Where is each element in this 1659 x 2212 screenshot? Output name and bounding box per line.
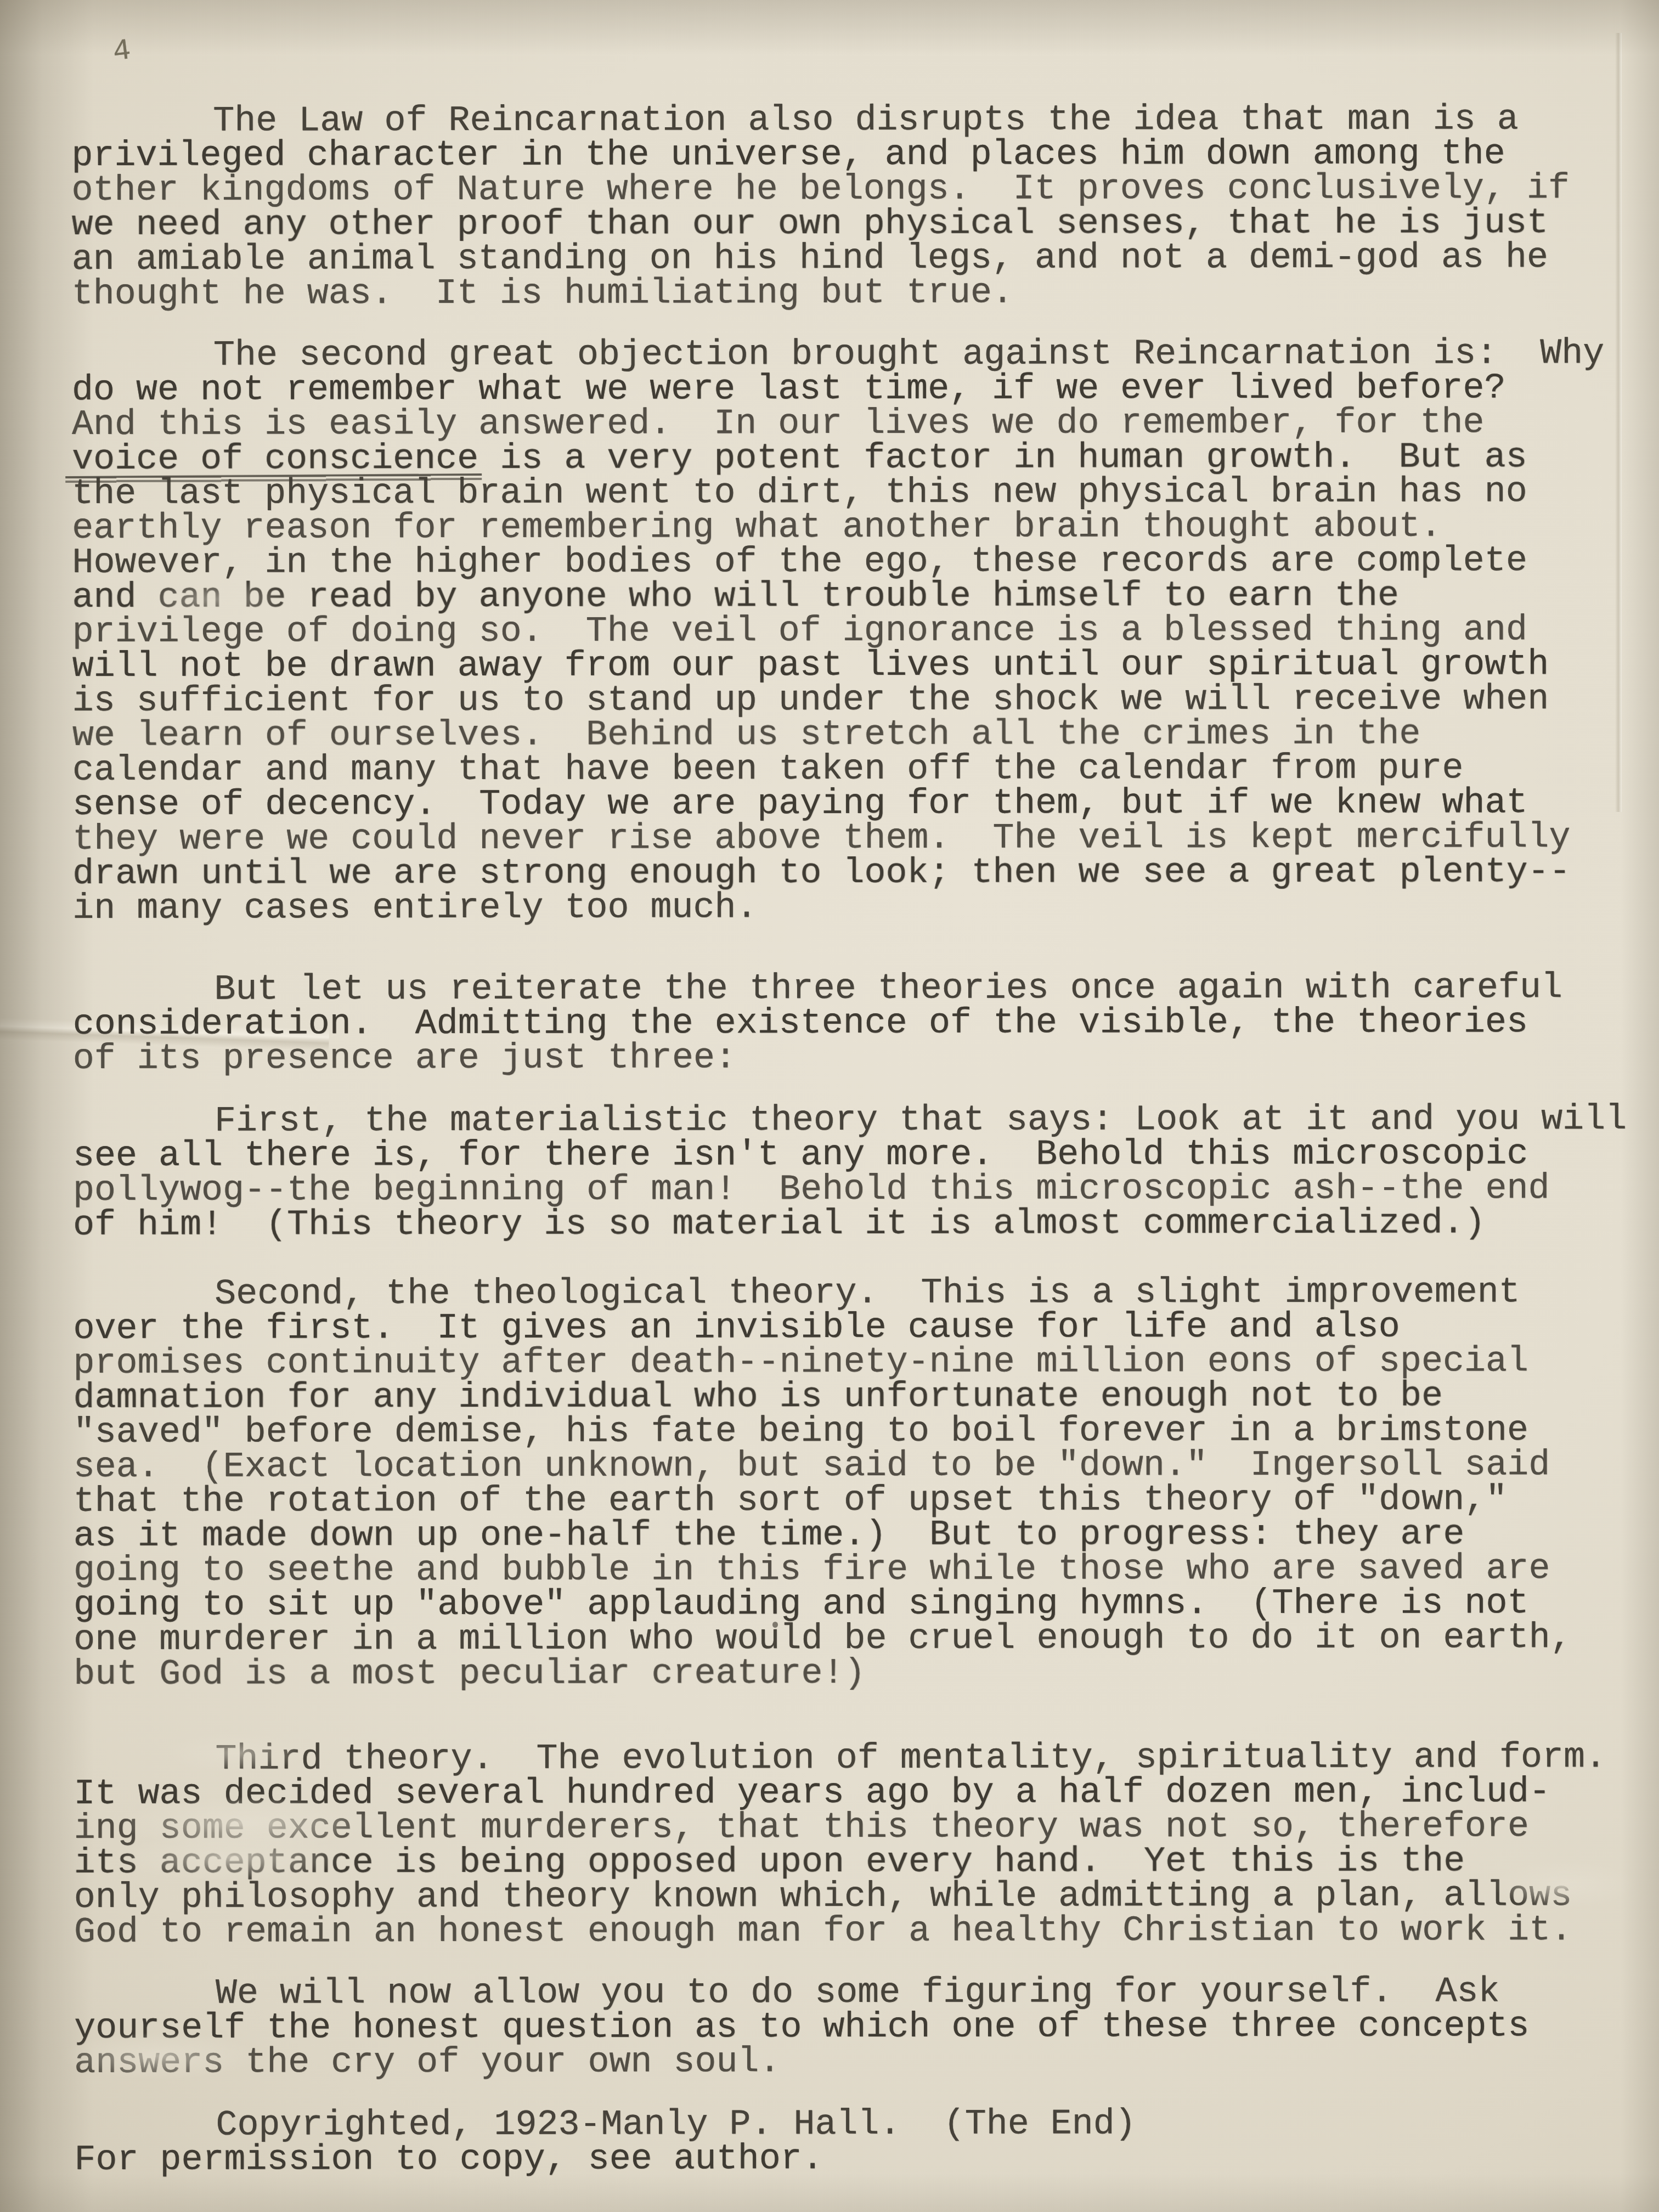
text-line: But let us reiterate the three theories … [72, 970, 1562, 1007]
text-line: but God is a most peculiar creature!) [74, 1655, 1572, 1692]
text-line: God to remain an honest enough man for a… [74, 1913, 1607, 1950]
text-line: We will now allow you to do some figurin… [74, 1974, 1530, 2011]
paragraph-3: But let us reiterate the three theories … [72, 970, 1562, 1076]
text-line: an amiable animal standing on his hind l… [72, 240, 1570, 277]
text-line: of him! (This theory is so material it i… [73, 1206, 1627, 1243]
text-line: in many cases entirely too much. [72, 889, 1605, 926]
text-line: consideration. Admitting the existence o… [73, 1005, 1562, 1042]
text-line: calendar and many that have been taken o… [72, 751, 1605, 788]
text-line: First, the materialistic theory that say… [73, 1102, 1627, 1139]
text-line: going to seethe and bubble in this fire … [74, 1551, 1572, 1588]
text-line: of its presence are just three: [73, 1040, 1562, 1076]
stray-ink-speck [772, 1622, 778, 1628]
paragraphs-container: The Law of Reincarnation also disrupts t… [71, 0, 1659, 1]
paragraph-4: First, the materialistic theory that say… [73, 1102, 1627, 1243]
text-line: Second, the theological theory. This is … [73, 1275, 1571, 1312]
paragraph-1: The Law of Reincarnation also disrupts t… [71, 102, 1570, 312]
text-line: The second great objection brought again… [72, 336, 1605, 373]
text-line: The Law of Reincarnation also disrupts t… [71, 102, 1570, 139]
paragraph-5: Second, the theological theory. This is … [73, 1275, 1572, 1692]
paragraph-2: The second great objection brought again… [72, 336, 1605, 926]
text-line: answers the cry of your own soul. [74, 2044, 1530, 2080]
copyright-footer: Copyrighted, 1923-Manly P. Hall. (The En… [74, 2107, 1136, 2177]
permission-line: For permission to copy, see author. [74, 2141, 1136, 2177]
text-line: thought he was. It is humiliating but tr… [72, 275, 1570, 312]
text-line: privilege of doing so. The veil of ignor… [72, 613, 1605, 650]
text-line: one murderer in a million who would be c… [74, 1621, 1572, 1657]
text-line: Third theory. The evolution of mentality… [74, 1740, 1606, 1777]
typewritten-text-layer: The Law of Reincarnation also disrupts t… [71, 0, 1659, 2212]
paragraph-7: We will now allow you to do some figurin… [74, 1974, 1530, 2080]
manuscript-page: 4 The Law of Reincarnation also disrupts… [0, 0, 1659, 2212]
copyright-line: Copyrighted, 1923-Manly P. Hall. (The En… [74, 2107, 1136, 2143]
paragraph-6: Third theory. The evolution of mentality… [74, 1740, 1606, 1950]
text-line: drawn until we are strong enough to look… [72, 855, 1605, 891]
text-line: yourself the honest question as to which… [74, 2009, 1530, 2046]
